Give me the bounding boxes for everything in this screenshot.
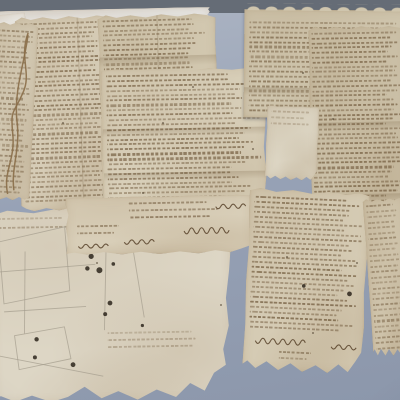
handwriting-line	[129, 201, 207, 204]
handwriting-line	[367, 209, 397, 213]
handwriting-line	[106, 112, 232, 116]
handwriting-line	[312, 55, 398, 59]
signature-squiggle	[78, 241, 110, 250]
handwriting-line	[372, 280, 399, 284]
handwriting-line	[313, 118, 393, 121]
handwriting-line	[106, 78, 228, 82]
handwriting-line	[374, 318, 400, 323]
handwriting-line	[313, 113, 400, 117]
handwriting-line	[102, 18, 191, 22]
handwriting-line	[373, 297, 400, 301]
handwriting-line	[25, 183, 116, 188]
ink-blots	[242, 187, 370, 374]
handwriting-line	[376, 340, 400, 344]
handwriting-line	[23, 140, 112, 145]
handwriting-line	[370, 258, 400, 262]
handwriting-line	[103, 32, 205, 37]
handwriting-line	[25, 189, 106, 194]
handwriting-line	[107, 161, 245, 166]
fold-crease	[310, 121, 400, 131]
handwriting-line	[106, 103, 231, 108]
signature-squiggle	[124, 236, 158, 246]
handwriting-line	[313, 151, 400, 155]
handwriting-line	[312, 74, 398, 78]
handwriting-line	[375, 324, 400, 328]
handwriting-line	[103, 47, 191, 51]
handwriting-line	[371, 269, 398, 273]
handwriting-line	[107, 137, 239, 141]
handwriting-line	[249, 21, 396, 25]
handwriting-line	[313, 108, 394, 111]
handwriting-line	[103, 42, 197, 47]
handwriting-line	[313, 103, 398, 107]
handwriting-line	[373, 302, 400, 306]
document-receipt-with-signatures	[66, 194, 253, 255]
document-blank-fragment	[265, 105, 320, 181]
handwriting-line	[106, 97, 243, 101]
handwriting-line	[23, 146, 100, 151]
handwriting-line	[314, 180, 400, 184]
handwriting-line	[369, 247, 396, 251]
handwriting-line	[24, 174, 100, 179]
handwriting-line	[369, 242, 398, 246]
ink-speck	[62, 122, 64, 124]
handwriting-line	[368, 231, 394, 235]
ink-speck	[252, 148, 254, 150]
handwriting-line	[108, 181, 232, 185]
ink-speck	[356, 262, 358, 264]
handwriting-line	[312, 70, 395, 73]
handwriting-line	[271, 116, 305, 120]
handwriting-line	[372, 286, 400, 290]
handwriting-line	[312, 99, 393, 102]
handwriting-line	[314, 175, 389, 178]
handwriting-line	[374, 313, 400, 317]
signature-squiggle	[184, 223, 230, 236]
handwriting-line	[77, 232, 114, 235]
ink-speck	[162, 122, 164, 124]
handwriting-line	[371, 274, 400, 278]
ink-speck	[312, 332, 314, 334]
handwriting-line	[107, 122, 236, 127]
scalloped-edge	[244, 3, 400, 11]
ink-speck	[286, 256, 288, 258]
handwriting-line	[312, 84, 400, 88]
handwriting-block	[129, 201, 219, 224]
handwriting-line	[271, 110, 308, 113]
handwriting-line	[22, 122, 97, 127]
handwriting-line	[313, 142, 400, 146]
handwriting-block	[271, 110, 313, 129]
signature-squiggle	[216, 200, 246, 210]
handwriting-line	[311, 41, 398, 45]
handwriting-line	[107, 117, 260, 122]
ink-speck	[96, 262, 98, 264]
handwriting-line	[108, 185, 252, 190]
handwriting-line	[102, 28, 188, 32]
handwriting-line	[370, 264, 398, 268]
handwriting-line	[77, 225, 119, 228]
handwriting-line	[375, 335, 400, 339]
handwriting-line	[25, 193, 108, 198]
handwriting-line	[129, 208, 218, 212]
handwriting-line	[106, 88, 240, 92]
handwriting-line	[367, 220, 393, 224]
handwriting-line	[368, 225, 396, 229]
handwriting-line	[107, 151, 241, 156]
handwriting-line	[314, 161, 400, 165]
handwriting-line	[313, 156, 400, 160]
handwriting-line	[106, 93, 235, 97]
handwriting-line	[313, 137, 398, 140]
handwriting-line	[23, 126, 103, 131]
handwriting-line	[313, 146, 400, 150]
handwriting-line	[106, 73, 229, 77]
handwriting-line	[314, 170, 392, 173]
handwriting-line	[102, 23, 193, 27]
ink-speck	[142, 192, 144, 194]
handwriting-block	[106, 73, 263, 213]
handwriting-line	[370, 253, 399, 257]
handwriting-line	[107, 141, 253, 146]
handwriting-line	[312, 79, 392, 83]
handwriting-line	[24, 165, 99, 170]
handwriting-line	[314, 185, 400, 189]
handwriting-line	[103, 37, 194, 41]
ink-speck	[302, 72, 304, 74]
handwriting-line	[108, 190, 245, 194]
handwriting-line	[312, 46, 392, 49]
handwriting-line	[107, 146, 244, 150]
handwriting-line	[312, 94, 386, 97]
handwriting-line	[312, 65, 397, 69]
handwriting-line	[314, 166, 394, 170]
handwriting-line	[311, 36, 391, 39]
handwriting-line	[367, 214, 396, 218]
ink-speck	[192, 86, 194, 88]
handwriting-line	[106, 107, 241, 111]
handwriting-line	[313, 132, 396, 136]
handwriting-line	[271, 122, 309, 125]
handwriting-block	[77, 225, 122, 240]
handwriting-line	[312, 89, 397, 92]
handwriting-line	[366, 203, 393, 207]
document-deed-bottom-center	[242, 187, 370, 374]
handwriting-line	[312, 60, 387, 63]
handwriting-line	[24, 169, 115, 174]
photo-antique-documents	[0, 0, 400, 400]
handwriting-line	[22, 107, 106, 112]
handwriting-line	[372, 291, 400, 295]
ink-speck	[220, 304, 222, 306]
handwriting-line	[375, 329, 400, 333]
handwriting-line	[107, 166, 231, 170]
handwriting-line	[368, 236, 396, 240]
ink-speck	[332, 118, 334, 120]
handwriting-line	[373, 308, 400, 312]
handwriting-line	[129, 215, 210, 218]
handwriting-line	[24, 160, 103, 165]
handwriting-line	[311, 31, 396, 34]
handwriting-line	[106, 82, 260, 87]
handwriting-line	[376, 346, 400, 350]
document-deed-center-wide	[101, 67, 268, 216]
handwriting-line	[312, 51, 388, 54]
